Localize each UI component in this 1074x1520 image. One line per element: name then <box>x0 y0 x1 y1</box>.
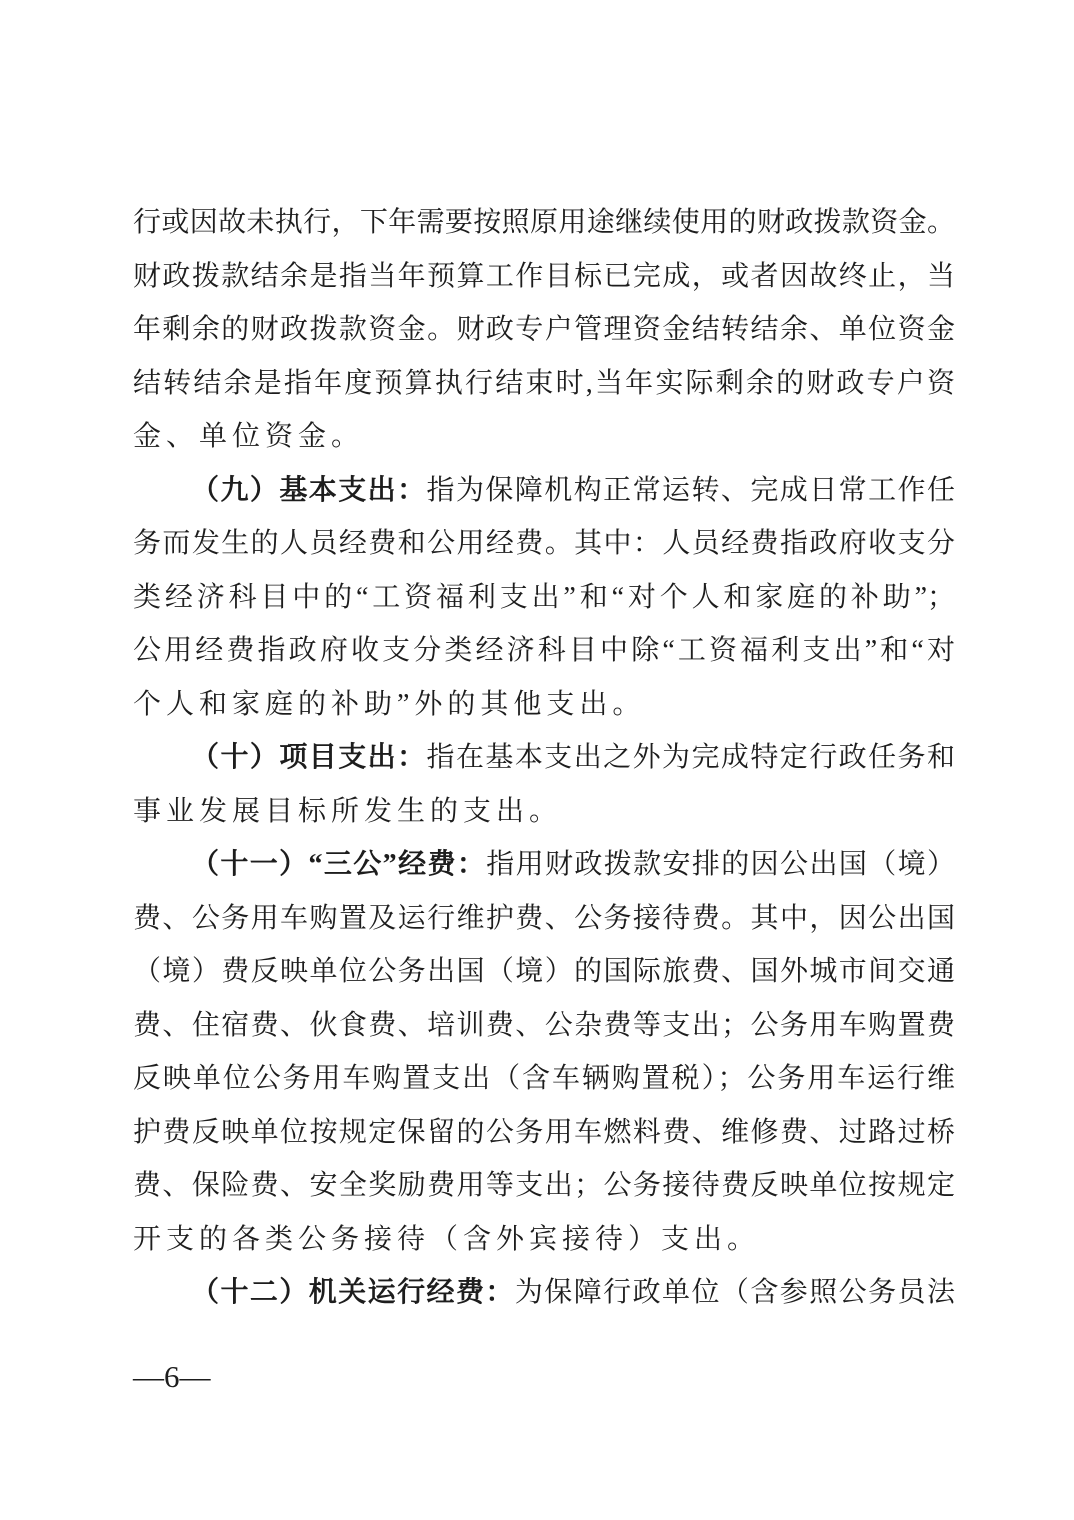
line-text: 护费反映单位按规定保留的公务用车燃料费、维修费、过路过桥 <box>133 1117 955 1148</box>
line-text: 指用财政拨款安排的因公出国（境） <box>486 849 955 880</box>
text-line-2: 财政拨款结余是指当年预算工作目标已完成，或者因故终止，当 <box>133 250 955 304</box>
line-text: 结转结余是指年度预算执行结束时,当年实际剩余的财政专户资 <box>133 368 955 399</box>
text-line-4: 结转结余是指年度预算执行结束时,当年实际剩余的财政专户资 <box>133 357 955 411</box>
section-heading: （十）项目支出： <box>191 742 427 773</box>
line-text: 年剩余的财政拨款资金。财政专户管理资金结转结余、单位资金 <box>133 314 955 345</box>
text-line-17: 反映单位公务用车购置支出（含车辆购置税）；公务用车运行维 <box>133 1052 955 1106</box>
section-heading: （十二）机关运行经费： <box>191 1277 515 1308</box>
line-text: 费、住宿费、伙食费、培训费、公杂费等支出；公务用车购置费 <box>133 1010 955 1041</box>
text-line-12: 事业发展目标所发生的支出。 <box>133 785 955 839</box>
text-line-21: （十二）机关运行经费：为保障行政单位（含参照公务员法 <box>133 1266 955 1320</box>
text-line-1: 行或因故未执行，下年需要按照原用途继续使用的财政拨款资金。 <box>133 196 955 250</box>
document-page: 行或因故未执行，下年需要按照原用途继续使用的财政拨款资金。财政拨款结余是指当年预… <box>0 0 1074 1520</box>
text-line-15: （境）费反映单位公务出国（境）的国际旅费、国外城市间交通 <box>133 945 955 999</box>
text-line-3: 年剩余的财政拨款资金。财政专户管理资金结转结余、单位资金 <box>133 303 955 357</box>
text-line-18: 护费反映单位按规定保留的公务用车燃料费、维修费、过路过桥 <box>133 1106 955 1160</box>
line-text: 为保障行政单位（含参照公务员法 <box>515 1277 955 1308</box>
line-text: 个人和家庭的补助”外的其他支出。 <box>133 689 645 720</box>
document-body: 行或因故未执行，下年需要按照原用途继续使用的财政拨款资金。财政拨款结余是指当年预… <box>133 196 955 1320</box>
text-line-9: 公用经费指政府收支分类经济科目中除“工资福利支出”和“对 <box>133 624 955 678</box>
line-text: 事业发展目标所发生的支出。 <box>133 796 562 827</box>
line-text: 反映单位公务用车购置支出（含车辆购置税）；公务用车运行维 <box>133 1063 955 1094</box>
text-line-14: 费、公务用车购置及运行维护费、公务接待费。其中，因公出国 <box>133 892 955 946</box>
text-line-7: 务而发生的人员经费和公用经费。其中：人员经费指政府收支分 <box>133 517 955 571</box>
line-text: 费、公务用车购置及运行维护费、公务接待费。其中，因公出国 <box>133 903 955 934</box>
line-text: （境）费反映单位公务出国（境）的国际旅费、国外城市间交通 <box>133 956 955 987</box>
text-line-16: 费、住宿费、伙食费、培训费、公杂费等支出；公务用车购置费 <box>133 999 955 1053</box>
text-line-10: 个人和家庭的补助”外的其他支出。 <box>133 678 955 732</box>
line-text: 开支的各类公务接待（含外宾接待）支出。 <box>133 1224 760 1255</box>
line-text: 费、保险费、安全奖励费用等支出；公务接待费反映单位按规定 <box>133 1170 955 1201</box>
text-line-6: （九）基本支出：指为保障机构正常运转、完成日常工作任 <box>133 464 955 518</box>
line-text: 务而发生的人员经费和公用经费。其中：人员经费指政府收支分 <box>133 528 955 559</box>
text-line-19: 费、保险费、安全奖励费用等支出；公务接待费反映单位按规定 <box>133 1159 955 1213</box>
text-line-20: 开支的各类公务接待（含外宾接待）支出。 <box>133 1213 955 1267</box>
line-text: 财政拨款结余是指当年预算工作目标已完成，或者因故终止，当 <box>133 261 955 292</box>
line-text: 类经济科目中的“工资福利支出”和“对个人和家庭的补助”； <box>133 582 955 613</box>
page-number: —6— <box>133 1350 211 1403</box>
line-text: 公用经费指政府收支分类经济科目中除“工资福利支出”和“对 <box>133 635 955 666</box>
text-line-5: 金、单位资金。 <box>133 410 955 464</box>
text-line-11: （十）项目支出：指在基本支出之外为完成特定行政任务和 <box>133 731 955 785</box>
section-heading: （十一）“三公”经费： <box>191 849 486 880</box>
line-text: 金、单位资金。 <box>133 421 364 452</box>
line-text: 指在基本支出之外为完成特定行政任务和 <box>427 742 955 773</box>
text-line-8: 类经济科目中的“工资福利支出”和“对个人和家庭的补助”； <box>133 571 955 625</box>
text-line-13: （十一）“三公”经费：指用财政拨款安排的因公出国（境） <box>133 838 955 892</box>
line-text: 指为保障机构正常运转、完成日常工作任 <box>427 475 955 506</box>
section-heading: （九）基本支出： <box>191 475 427 506</box>
line-text: 行或因故未执行，下年需要按照原用途继续使用的财政拨款资金。 <box>133 207 955 238</box>
